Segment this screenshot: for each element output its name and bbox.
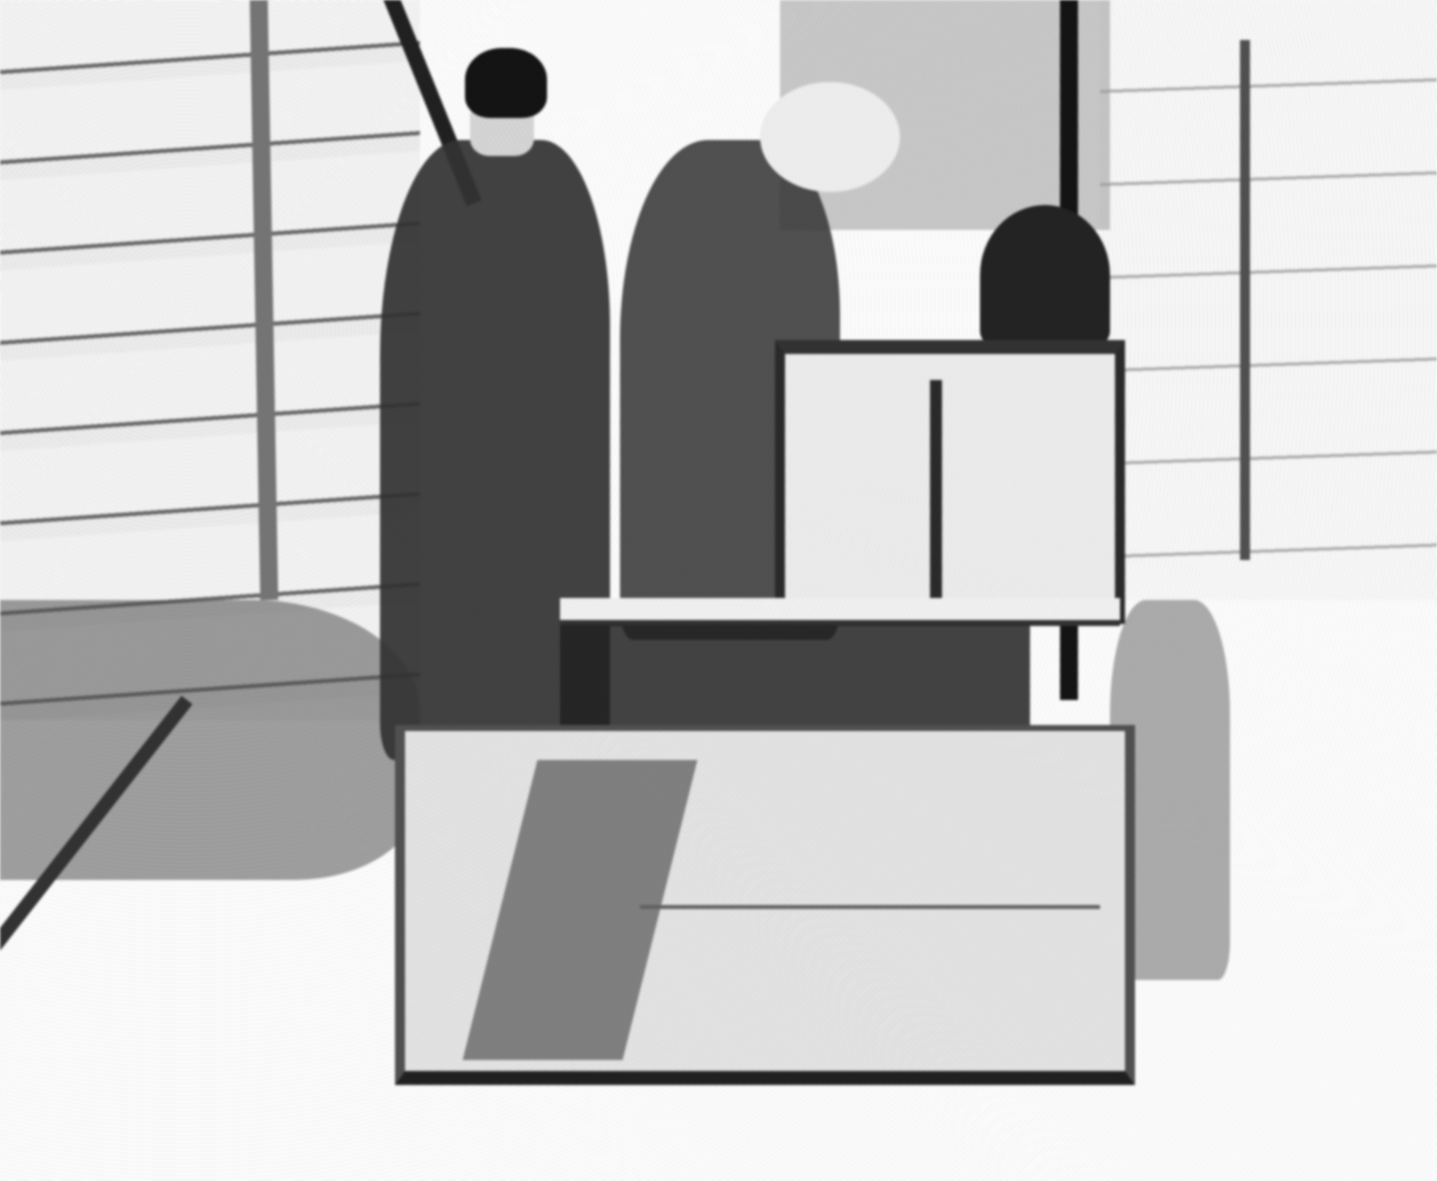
film-grain xyxy=(0,0,1437,1181)
photograph xyxy=(0,0,1437,1181)
